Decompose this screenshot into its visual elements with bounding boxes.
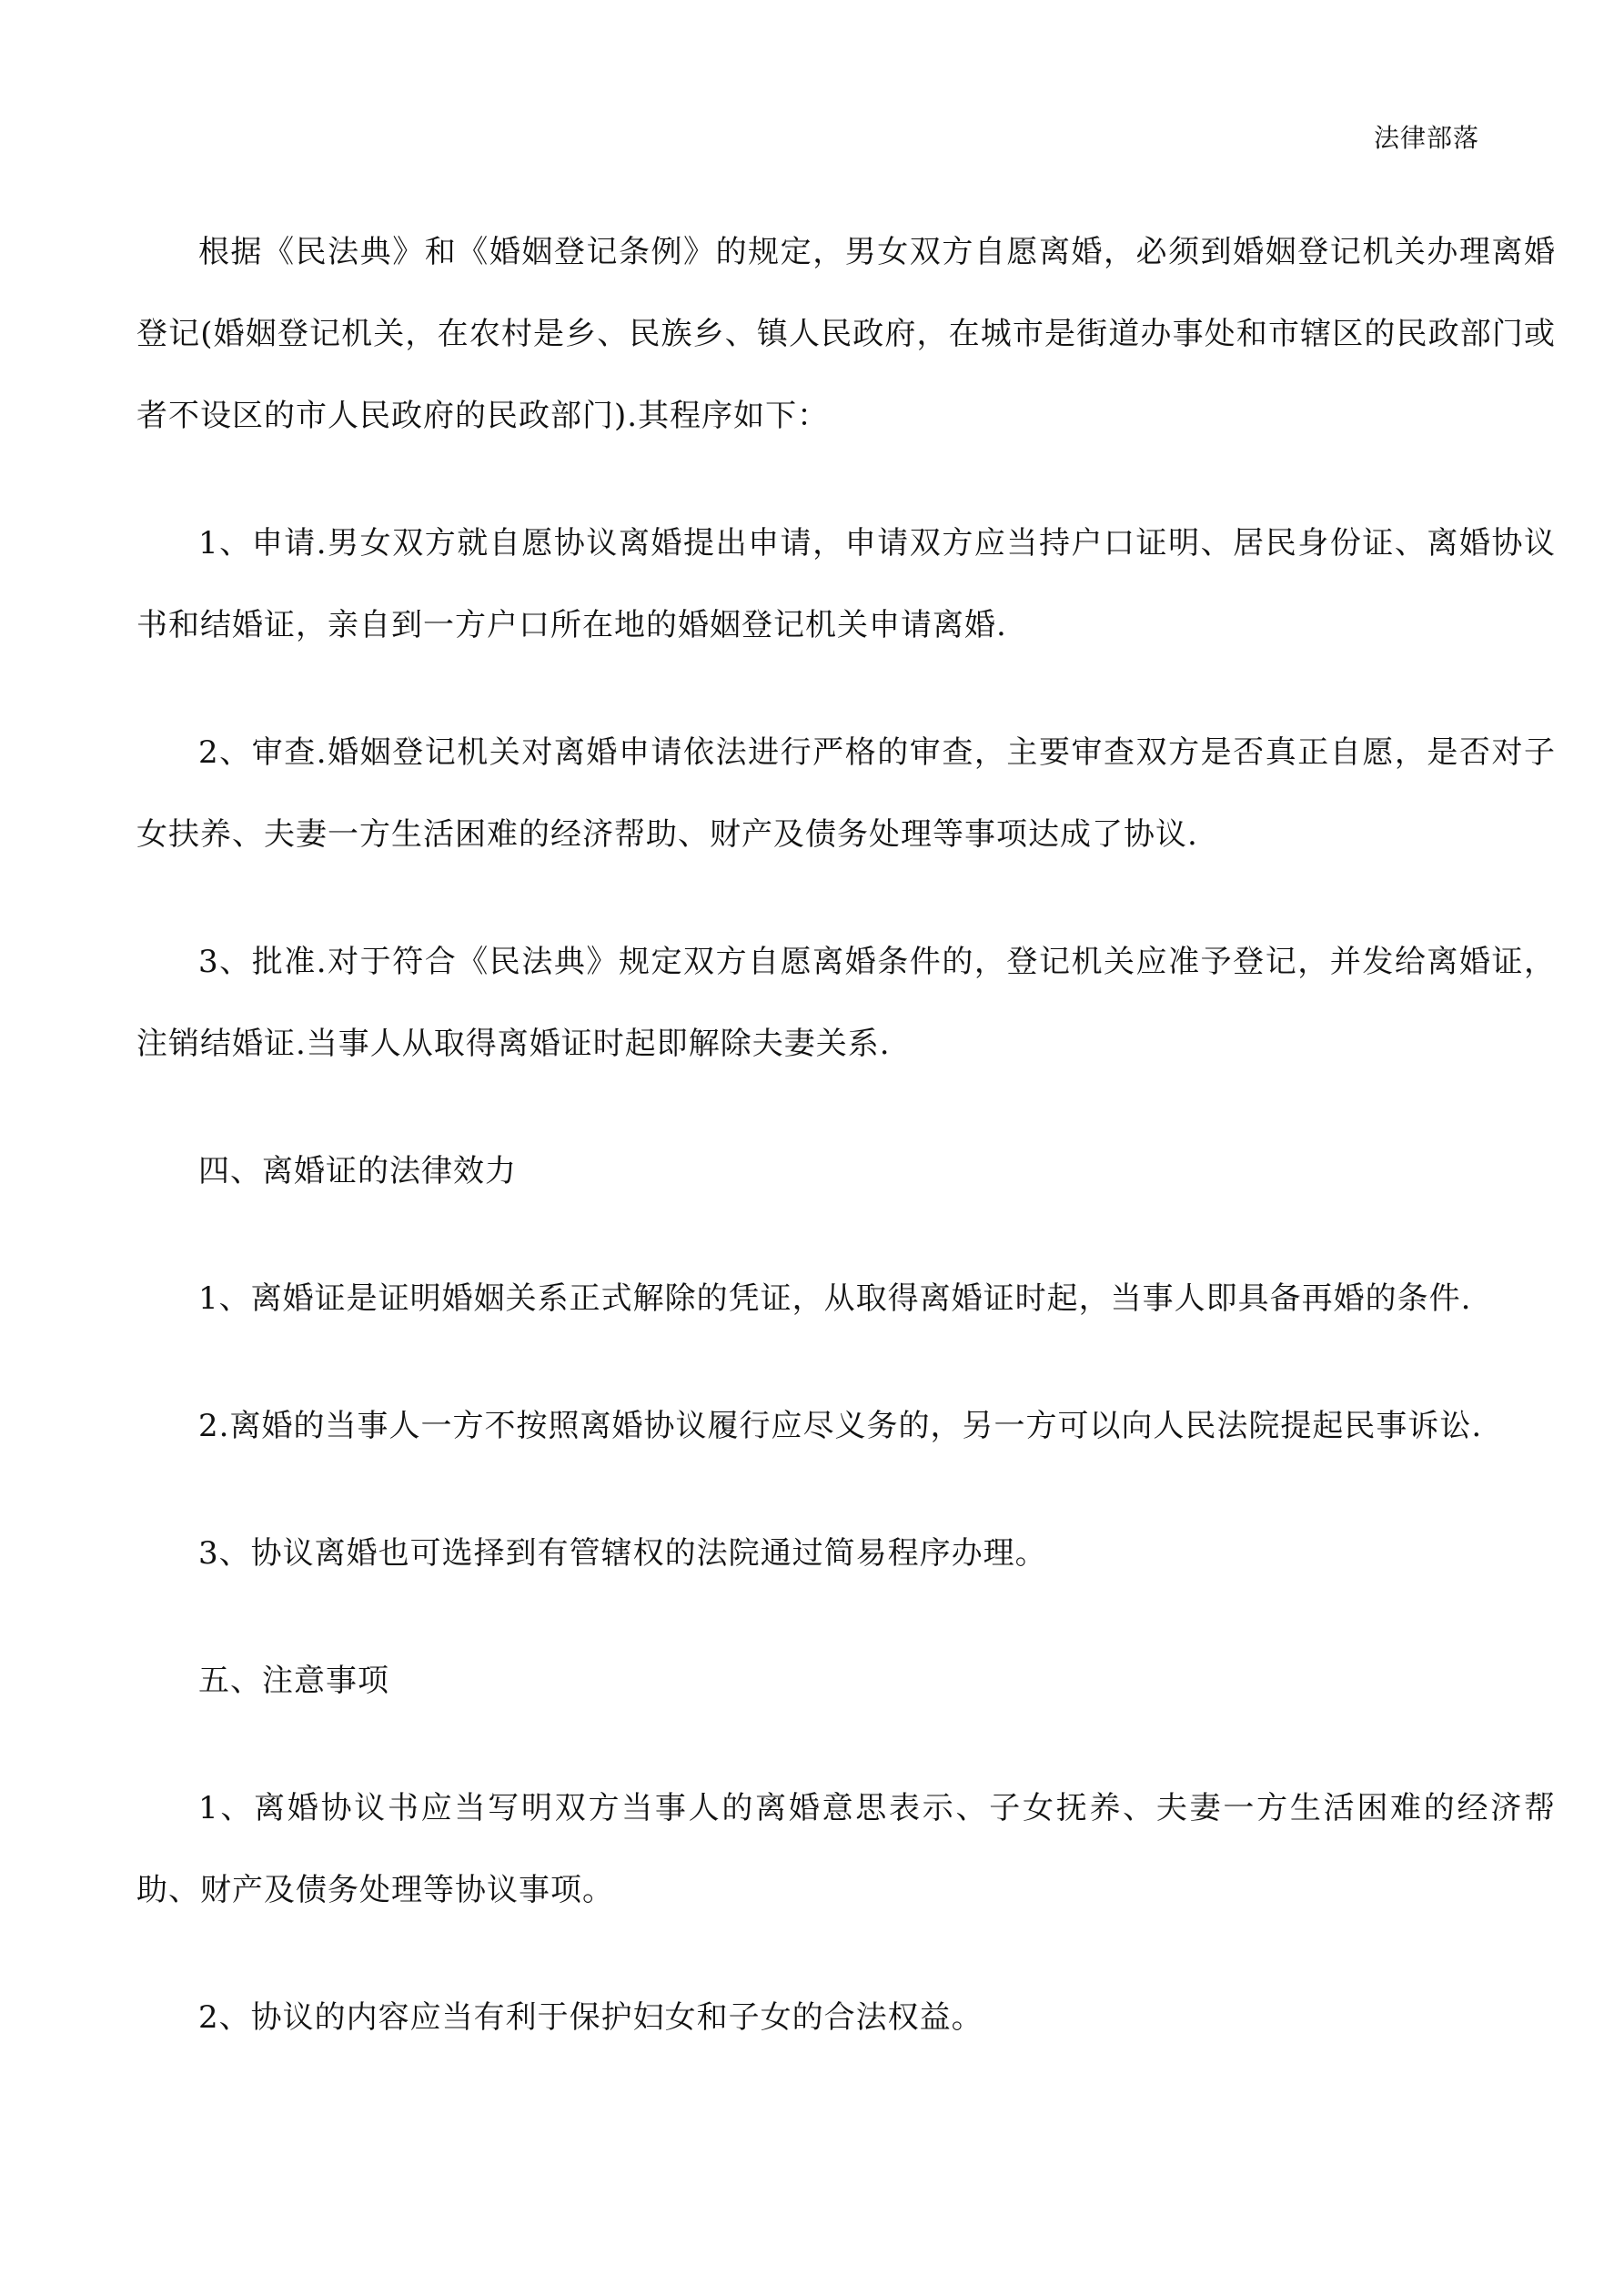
section-5-item-2: 2、协议的内容应当有利于保护妇女和子女的合法权益。 — [136, 1977, 1556, 2058]
page-header-label: 法律部落 — [1374, 118, 1479, 155]
section-5-item-1: 1、离婚协议书应当写明双方当事人的离婚意思表示、子女抚养、夫妻一方生活困难的经济… — [136, 1767, 1556, 1931]
section-4-item-3: 3、协议离婚也可选择到有管辖权的法院通过简易程序办理。 — [136, 1512, 1556, 1594]
section-4-item-2: 2.离婚的当事人一方不按照离婚协议履行应尽义务的，另一方可以向人民法院提起民事诉… — [136, 1385, 1556, 1467]
step-2-paragraph: 2、审查.婚姻登记机关对离婚申请依法进行严格的审查，主要审查双方是否真正自愿，是… — [136, 712, 1556, 875]
step-1-paragraph: 1、申请.男女双方就自愿协议离婚提出申请，申请双方应当持户口证明、居民身份证、离… — [136, 502, 1556, 666]
intro-paragraph: 根据《民法典》和《婚姻登记条例》的规定，男女双方自愿离婚，必须到婚姻登记机关办理… — [136, 211, 1556, 457]
section-4-item-1: 1、离婚证是证明婚姻关系正式解除的凭证，从取得离婚证时起，当事人即具备再婚的条件… — [136, 1258, 1556, 1340]
section-4-heading: 四、离婚证的法律效力 — [136, 1130, 1556, 1212]
section-5-heading: 五、注意事项 — [136, 1640, 1556, 1722]
document-body: 根据《民法典》和《婚姻登记条例》的规定，男女双方自愿离婚，必须到婚姻登记机关办理… — [136, 211, 1556, 2104]
step-3-paragraph: 3、批准.对于符合《民法典》规定双方自愿离婚条件的，登记机关应准予登记，并发给离… — [136, 921, 1556, 1085]
